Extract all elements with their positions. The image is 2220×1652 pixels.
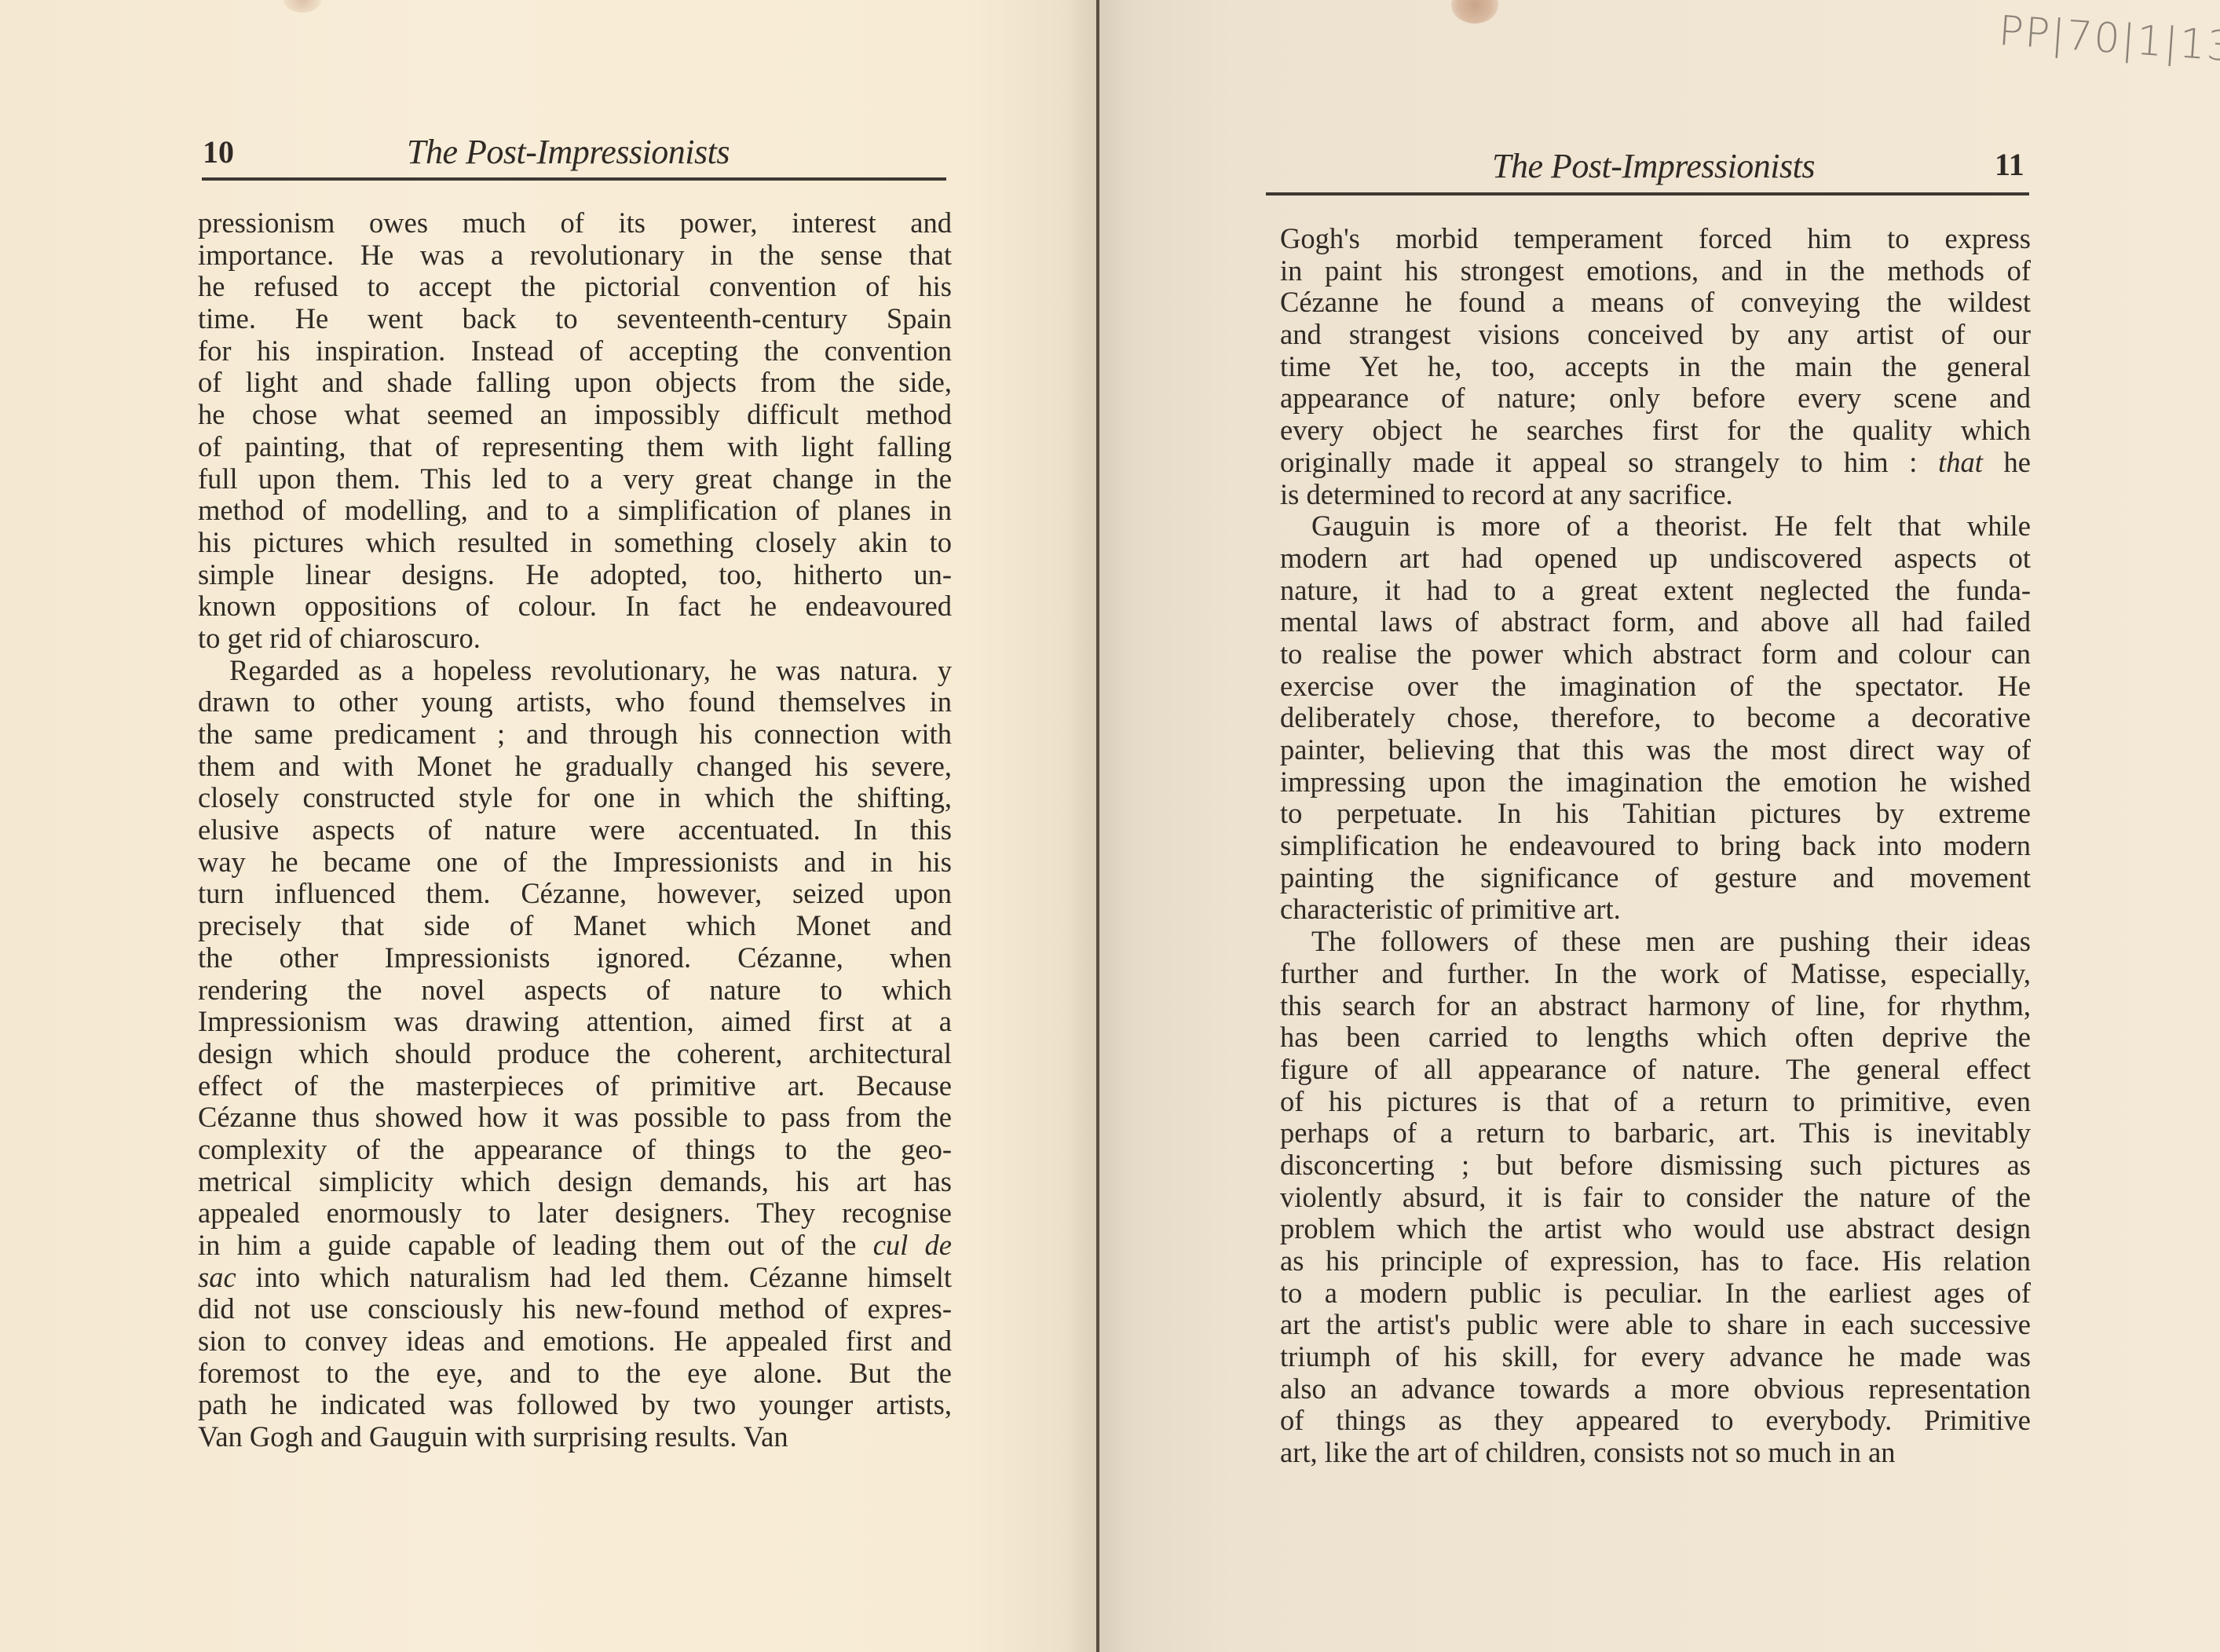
text-line: to perpetuate. In his Tahitian pictures … bbox=[1280, 798, 2031, 830]
text-line: sion to convey ideas and emotions. He ap… bbox=[198, 1325, 952, 1358]
text-line: characteristic of primitive art. bbox=[1280, 894, 2031, 926]
right-page-body: Gogh's morbid temperament forced him to … bbox=[1280, 223, 2031, 1469]
text-line: perhaps of a return to barbaric, art. Th… bbox=[1280, 1117, 2031, 1149]
text-line: to realise the power which abstract form… bbox=[1280, 638, 2031, 671]
text-line: Impressionism was drawing attention, aim… bbox=[198, 1006, 952, 1038]
text-line: Gauguin is more of a theorist. He felt t… bbox=[1280, 510, 2031, 543]
text-line: deliberately chose, therefore, to become… bbox=[1280, 702, 2031, 734]
text-line: art the artist's public were able to sha… bbox=[1280, 1309, 2031, 1341]
text-line: Van Gogh and Gauguin with surprising res… bbox=[198, 1421, 952, 1453]
text-line: for his inspiration. Instead of acceptin… bbox=[198, 335, 952, 367]
text-line: known oppositions of colour. In fact he … bbox=[198, 590, 952, 623]
text-line: effect of the masterpieces of primitive … bbox=[198, 1070, 952, 1102]
text-line: of painting, that of representing them w… bbox=[198, 431, 952, 463]
text-line: did not use consciously his new-found me… bbox=[198, 1293, 952, 1325]
italic-phrase: that bbox=[1938, 447, 1983, 478]
text-line: in paint his strongest emotions, and in … bbox=[1280, 255, 2031, 287]
text-line: further and further. In the work of Mati… bbox=[1280, 958, 2031, 990]
italic-phrase: cul de bbox=[873, 1230, 952, 1261]
text-line: his pictures which resulted in something… bbox=[198, 527, 952, 559]
text-line: turn influenced them. Cézanne, however, … bbox=[198, 878, 952, 910]
text-line: metrical simplicity which design demands… bbox=[198, 1166, 952, 1198]
text-line: art, like the art of children, consists … bbox=[1280, 1437, 2031, 1469]
header-rule-right bbox=[1266, 192, 2029, 196]
text-line: time Yet he, too, accepts in the main th… bbox=[1280, 351, 2031, 383]
page-number-right: 11 bbox=[1995, 146, 2024, 183]
text-line: he chose what seemed an impossibly diffi… bbox=[198, 399, 952, 431]
text-line: violently absurd, it is fair to consider… bbox=[1280, 1182, 2031, 1214]
text-line: drawn to other young artists, who found … bbox=[198, 686, 952, 718]
text-line: as his principle of expression, has to f… bbox=[1280, 1245, 2031, 1277]
text-line: Cézanne he found a means of conveying th… bbox=[1280, 287, 2031, 319]
text-line: this search for an abstract harmony of l… bbox=[1280, 990, 2031, 1022]
text-line: mental laws of abstract form, and above … bbox=[1280, 606, 2031, 638]
text-line: The followers of these men are pushing t… bbox=[1280, 926, 2031, 958]
text-line: figure of all appearance of nature. The … bbox=[1280, 1054, 2031, 1086]
text-line: and strangest visions conceived by any a… bbox=[1280, 319, 2031, 351]
text-line: exercise over the imagination of the spe… bbox=[1280, 671, 2031, 703]
left-page-body: pressionism owes much of its power, inte… bbox=[198, 207, 952, 1453]
text-line: full upon them. This led to a very great… bbox=[198, 463, 952, 495]
text-line: elusive aspects of nature were accentuat… bbox=[198, 814, 952, 846]
text-line: method of modelling, and to a simplifica… bbox=[198, 495, 952, 527]
text-line: complexity of the appearance of things t… bbox=[198, 1134, 952, 1166]
text-line: rendering the novel aspects of nature to… bbox=[198, 974, 952, 1007]
text-line: simple linear designs. He adopted, too, … bbox=[198, 559, 952, 591]
text-line: path he indicated was followed by two yo… bbox=[198, 1389, 952, 1421]
text-line: precisely that side of Manet which Monet… bbox=[198, 910, 952, 942]
page-number-left: 10 bbox=[203, 133, 234, 170]
text-line: Cézanne thus showed how it was possible … bbox=[198, 1102, 952, 1134]
text-line: Regarded as a hopeless revolutionary, he… bbox=[198, 655, 952, 687]
text-line: sac into which naturalism had led them. … bbox=[198, 1262, 952, 1294]
text-line: problem which the artist who would use a… bbox=[1280, 1213, 2031, 1245]
text-line: impressing upon the imagination the emot… bbox=[1280, 766, 2031, 799]
running-head-left: The Post-Impressionists bbox=[407, 132, 730, 172]
text-line: originally made it appeal so strangely t… bbox=[1280, 447, 2031, 479]
text-line: has been carried to lengths which often … bbox=[1280, 1022, 2031, 1054]
text-line: Gogh's morbid temperament forced him to … bbox=[1280, 223, 2031, 255]
text-line: he refused to accept the pictorial conve… bbox=[198, 271, 952, 303]
header-rule-left bbox=[202, 177, 946, 181]
text-line: importance. He was a revolutionary in th… bbox=[198, 239, 952, 272]
text-line: every object he searches first for the q… bbox=[1280, 415, 2031, 447]
text-line: to get rid of chiaroscuro. bbox=[198, 623, 952, 655]
text-line: also an advance towards a more obvious r… bbox=[1280, 1373, 2031, 1405]
text-line: triumph of his skill, for every advance … bbox=[1280, 1341, 2031, 1373]
text-line: closely constructed style for one in whi… bbox=[198, 782, 952, 814]
text-line: of things as they appeared to everybody.… bbox=[1280, 1405, 2031, 1437]
text-line: simplification he endeavoured to bring b… bbox=[1280, 830, 2031, 862]
text-line: design which should produce the coherent… bbox=[198, 1038, 952, 1070]
text-line: the same predicament ; and through his c… bbox=[198, 718, 952, 751]
text-line: painting the significance of gesture and… bbox=[1280, 862, 2031, 894]
left-page: 10 The Post-Impressionists pressionism o… bbox=[0, 0, 1098, 1652]
text-line: appearance of nature; only before every … bbox=[1280, 382, 2031, 415]
text-line: in him a guide capable of leading them o… bbox=[198, 1230, 952, 1262]
text-line: painter, believing that this was the mos… bbox=[1280, 734, 2031, 766]
text-line: foremost to the eye, and to the eye alon… bbox=[198, 1358, 952, 1390]
italic-phrase: sac bbox=[198, 1262, 236, 1293]
text-line: appealed enormously to later designers. … bbox=[198, 1197, 952, 1230]
text-line: time. He went back to seventeenth-centur… bbox=[198, 303, 952, 335]
text-line: of his pictures is that of a return to p… bbox=[1280, 1086, 2031, 1118]
text-line: the other Impressionists ignored. Cézann… bbox=[198, 942, 952, 974]
text-line: them and with Monet he gradually changed… bbox=[198, 751, 952, 783]
text-line: to a modern public is peculiar. In the e… bbox=[1280, 1277, 2031, 1310]
text-line: of light and shade falling upon objects … bbox=[198, 367, 952, 399]
text-line: modern art had opened up undiscovered as… bbox=[1280, 543, 2031, 575]
text-line: pressionism owes much of its power, inte… bbox=[198, 207, 952, 239]
text-line: way he became one of the Impressionists … bbox=[198, 846, 952, 879]
text-line: is determined to record at any sacrifice… bbox=[1280, 479, 2031, 511]
paper-stain bbox=[283, 0, 322, 13]
text-line: nature, it had to a great extent neglect… bbox=[1280, 575, 2031, 607]
text-line: disconcerting ; but before dismissing su… bbox=[1280, 1149, 2031, 1182]
running-head-right: The Post-Impressionists bbox=[1492, 146, 1815, 186]
